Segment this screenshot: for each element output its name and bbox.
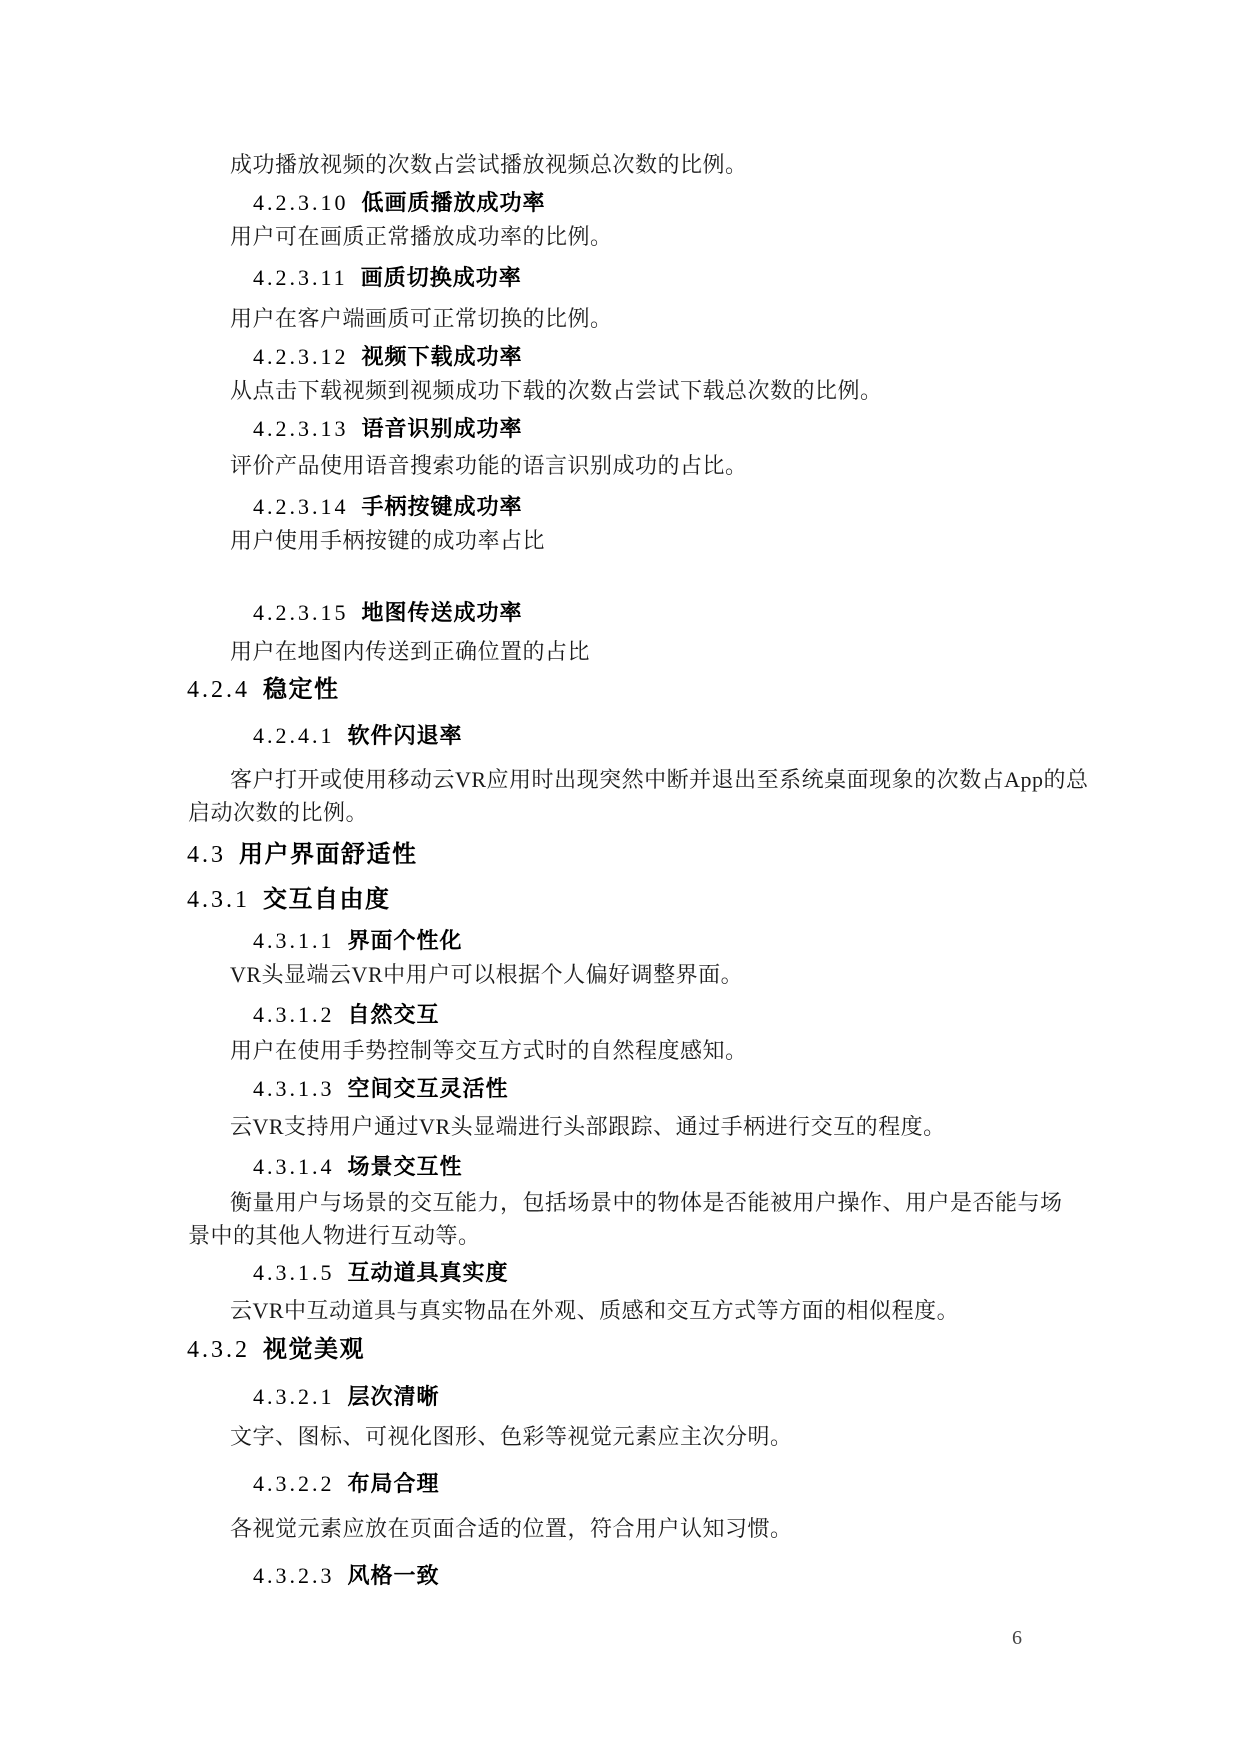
section-title: 手柄按键成功率 <box>362 493 523 521</box>
heading-4-2-3-14: 4.2.3.14手柄按键成功率 <box>253 493 523 521</box>
section-title: 层次清晰 <box>348 1383 440 1411</box>
heading-4-3-2-2: 4.3.2.2布局合理 <box>253 1470 440 1498</box>
section-number: 4.3 <box>187 841 226 869</box>
heading-4-3-1-1: 4.3.1.1界面个性化 <box>253 927 463 955</box>
section-number: 4.2.3.15 <box>253 599 349 627</box>
heading-4-3-1-2: 4.3.1.2自然交互 <box>253 1001 440 1029</box>
heading-4-2-4-1: 4.2.4.1软件闪退率 <box>253 722 463 750</box>
section-title: 低画质播放成功率 <box>362 189 546 217</box>
document-page: 成功播放视频的次数占尝试播放视频总次数的比例。 4.2.3.10低画质播放成功率… <box>0 0 1240 1754</box>
section-number: 4.3.1.1 <box>253 927 335 955</box>
section-number: 4.2.3.11 <box>253 264 348 292</box>
paragraph-line: 景中的其他人物进行互动等。 <box>188 1222 481 1250</box>
section-title: 场景交互性 <box>348 1153 463 1181</box>
section-title: 地图传送成功率 <box>362 599 523 627</box>
heading-4-3-1-5: 4.3.1.5互动道具真实度 <box>253 1259 509 1287</box>
section-number: 4.2.4 <box>187 676 250 704</box>
section-number: 4.3.1.3 <box>253 1075 335 1103</box>
section-number: 4.3.2.2 <box>253 1470 335 1498</box>
paragraph-line: 客户打开或使用移动云VR应用时出现突然中断并退出至系统桌面现象的次数占App的总 <box>230 766 1088 794</box>
heading-4-3-1: 4.3.1交互自由度 <box>187 886 391 914</box>
paragraph-line: VR头显端云VR中用户可以根据个人偏好调整界面。 <box>230 961 743 989</box>
paragraph-line: 从点击下载视频到视频成功下载的次数占尝试下载总次数的比例。 <box>230 377 883 405</box>
section-title: 自然交互 <box>348 1001 440 1029</box>
section-title: 交互自由度 <box>263 886 391 914</box>
section-number: 4.3.2 <box>187 1336 250 1364</box>
section-title: 互动道具真实度 <box>348 1259 509 1287</box>
heading-4-2-3-15: 4.2.3.15地图传送成功率 <box>253 599 523 627</box>
section-title: 画质切换成功率 <box>361 264 522 292</box>
section-title: 空间交互灵活性 <box>348 1075 509 1103</box>
paragraph-line: 云VR中互动道具与真实物品在外观、质感和交互方式等方面的相似程度。 <box>230 1297 959 1325</box>
section-title: 界面个性化 <box>348 927 463 955</box>
heading-4-2-3-10: 4.2.3.10低画质播放成功率 <box>253 189 546 217</box>
paragraph-line: 衡量用户与场景的交互能力，包括场景中的物体是否能被用户操作、用户是否能与场 <box>230 1189 1063 1217</box>
section-title: 视频下载成功率 <box>362 343 523 371</box>
section-number: 4.3.1.2 <box>253 1001 335 1029</box>
paragraph-line: 用户使用手柄按键的成功率占比 <box>230 527 545 555</box>
section-number: 4.2.4.1 <box>253 722 335 750</box>
paragraph-line: 用户在地图内传送到正确位置的占比 <box>230 638 590 666</box>
section-number: 4.3.1.4 <box>253 1153 335 1181</box>
page-number: 6 <box>1012 1625 1022 1651</box>
section-number: 4.3.2.1 <box>253 1383 335 1411</box>
section-title: 稳定性 <box>263 676 340 704</box>
paragraph-line: 用户在使用手势控制等交互方式时的自然程度感知。 <box>230 1037 748 1065</box>
section-number: 4.3.1.5 <box>253 1259 335 1287</box>
section-title: 用户界面舒适性 <box>239 841 418 869</box>
section-number: 4.3.2.3 <box>253 1562 335 1590</box>
section-number: 4.2.3.13 <box>253 415 349 443</box>
section-title: 布局合理 <box>348 1470 440 1498</box>
paragraph-line: 文字、图标、可视化图形、色彩等视觉元素应主次分明。 <box>230 1423 793 1451</box>
section-title: 风格一致 <box>348 1562 440 1590</box>
paragraph-line: 用户在客户端画质可正常切换的比例。 <box>230 305 613 333</box>
section-number: 4.2.3.12 <box>253 343 349 371</box>
section-title: 语音识别成功率 <box>362 415 523 443</box>
paragraph-line: 启动次数的比例。 <box>188 799 368 827</box>
heading-4-3-1-3: 4.3.1.3空间交互灵活性 <box>253 1075 509 1103</box>
heading-4-3-1-4: 4.3.1.4场景交互性 <box>253 1153 463 1181</box>
heading-4-3-2-1: 4.3.2.1层次清晰 <box>253 1383 440 1411</box>
section-title: 软件闪退率 <box>348 722 463 750</box>
section-number: 4.2.3.10 <box>253 189 349 217</box>
paragraph-line: 云VR支持用户通过VR头显端进行头部跟踪、通过手柄进行交互的程度。 <box>230 1113 946 1141</box>
paragraph-line: 各视觉元素应放在页面合适的位置，符合用户认知习惯。 <box>230 1515 793 1543</box>
section-number: 4.3.1 <box>187 886 250 914</box>
heading-4-2-3-11: 4.2.3.11画质切换成功率 <box>253 264 522 292</box>
heading-4-2-3-12: 4.2.3.12视频下载成功率 <box>253 343 523 371</box>
paragraph-line: 用户可在画质正常播放成功率的比例。 <box>230 223 613 251</box>
section-number: 4.2.3.14 <box>253 493 349 521</box>
paragraph-line: 成功播放视频的次数占尝试播放视频总次数的比例。 <box>230 151 748 179</box>
heading-4-2-3-13: 4.2.3.13语音识别成功率 <box>253 415 523 443</box>
section-title: 视觉美观 <box>263 1336 365 1364</box>
paragraph-line: 评价产品使用语音搜索功能的语言识别成功的占比。 <box>230 452 748 480</box>
heading-4-3-2-3: 4.3.2.3风格一致 <box>253 1562 440 1590</box>
heading-4-3: 4.3用户界面舒适性 <box>187 841 418 869</box>
heading-4-3-2: 4.3.2视觉美观 <box>187 1336 365 1364</box>
heading-4-2-4: 4.2.4稳定性 <box>187 676 340 704</box>
